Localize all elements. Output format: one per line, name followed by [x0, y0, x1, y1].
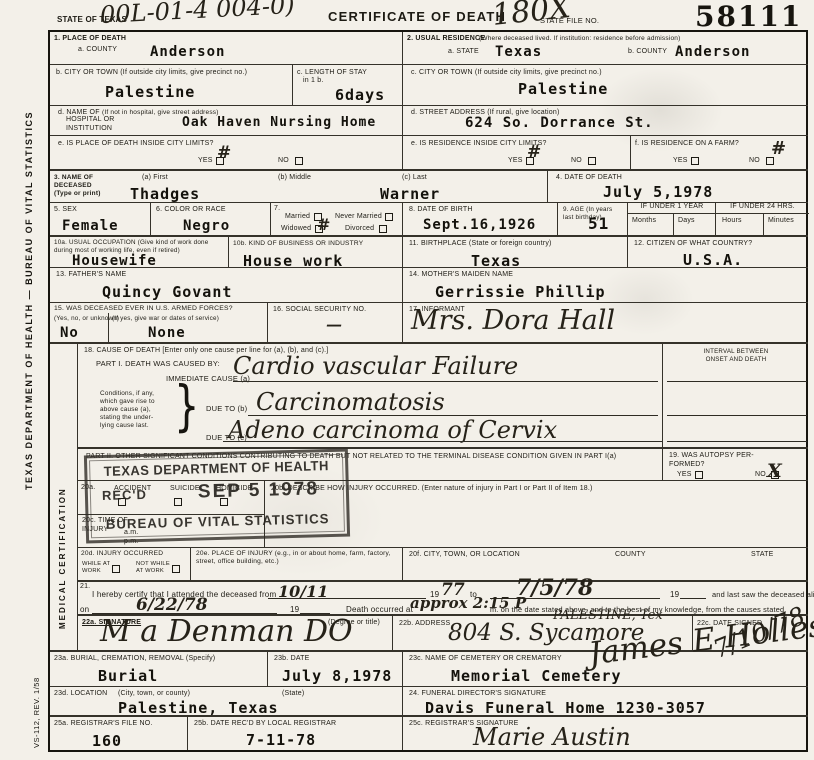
form-code-vertical-text: VS-112, REV. 1/58 — [32, 598, 43, 748]
checkbox-yes — [691, 157, 699, 165]
ssn-value: — — [326, 315, 342, 334]
received-stamp: TEXAS DEPARTMENT OF HEALTH REC'D SEP 5 1… — [84, 449, 350, 544]
business-label: 10b. KIND OF BUSINESS OR INDUSTRY — [233, 240, 363, 248]
certificate-title: CERTIFICATE OF DEATH — [328, 9, 506, 25]
place-county-value: Anderson — [150, 44, 225, 60]
burial-location-cell: 23d. LOCATION (City, town, or county) (S… — [50, 686, 402, 715]
sex-label: 5. SEX — [54, 206, 77, 215]
race-label: 6. COLOR OR RACE — [156, 206, 226, 215]
funeral-director-cell: 24. FUNERAL DIRECTOR'S SIGNATURE Davis F… — [402, 686, 808, 715]
date-of-death-label: 4. DATE OF DEATH — [556, 174, 622, 183]
first-name-label: (a) First — [142, 174, 168, 183]
business-cell: 10b. KIND OF BUSINESS OR INDUSTRY House … — [228, 235, 402, 267]
x-mark-no: X — [767, 460, 782, 482]
agency-vertical-text: TEXAS DEPARTMENT OF HEALTH — BUREAU OF V… — [24, 95, 38, 490]
age-cell: 9. AGE (In years last birthday) 51 — [557, 202, 627, 235]
divider — [108, 313, 109, 343]
street-address-cell: d. STREET ADDRESS (If rural, give locati… — [402, 105, 808, 135]
burial-date-label: 23b. DATE — [274, 655, 310, 664]
divider — [673, 214, 674, 236]
cemetery-label: 23c. NAME OF CEMETERY OR CREMATORY — [409, 655, 562, 664]
checkbox-divorced — [379, 225, 387, 233]
while-at-work-label: WHILE AT WORK — [82, 561, 110, 575]
injury-location-cell: 20f. CITY, TOWN, OR LOCATION COUNTY STAT… — [402, 547, 808, 580]
registrar-signature-cell: 25c. REGISTRAR'S SIGNATURE Marie Austin — [402, 715, 808, 750]
no-label: NO — [755, 471, 766, 480]
hash-mark-no: # — [771, 138, 786, 159]
informant-cell: 17. INFORMANT Mrs. Dora Hall — [402, 302, 808, 342]
residence-farm-label: f. IS RESIDENCE ON A FARM? — [635, 140, 739, 149]
rule — [680, 584, 706, 599]
mother-name-label: 14. MOTHER'S MAIDEN NAME — [409, 271, 513, 280]
middle-name-label: (b) Middle — [278, 174, 311, 183]
days-label: Days — [678, 217, 695, 226]
section-place-of-death: 1. PLACE OF DEATH a. COUNTY Anderson — [50, 32, 402, 64]
first-name-value: Thadges — [130, 185, 200, 203]
hospital-value: Oak Haven Nursing Home — [182, 115, 376, 130]
date-of-birth-value: Sept.16,1926 — [423, 217, 536, 233]
father-name-label: 13. FATHER'S NAME — [56, 271, 126, 280]
interval-rule-a — [667, 344, 807, 382]
place-city-label: b. CITY OR TOWN (If outside city limits,… — [56, 69, 247, 78]
ssn-cell: 16. SOCIAL SECURITY NO. — — [267, 302, 402, 342]
cause-of-death-cell: 18. CAUSE OF DEATH [Enter only one cause… — [78, 342, 662, 447]
injury-state-label: STATE — [751, 551, 774, 560]
father-name-cell: 13. FATHER'S NAME Quincy Govant — [50, 267, 402, 302]
never-married-label: Never Married — [335, 213, 382, 222]
location-sub2: (State) — [282, 690, 304, 699]
race-cell: 6. COLOR OR RACE Negro — [150, 202, 270, 235]
armed-forces-service-value: None — [148, 325, 186, 341]
no-label: NO — [278, 157, 289, 166]
checkbox-while-at-work — [112, 565, 120, 573]
physician-signature-cell: 22a. SIGNATURE (Degree or title) M a Den… — [78, 614, 392, 650]
armed-forces-value: No — [60, 325, 79, 341]
certify-text-2: and last saw the deceased alive — [712, 590, 814, 599]
race-value: Negro — [183, 218, 230, 234]
place-city-limits-label: e. IS PLACE OF DEATH INSIDE CITY LIMITS? — [58, 140, 214, 149]
place-city-cell: b. CITY OR TOWN (If outside city limits,… — [50, 64, 292, 105]
ssn-label: 16. SOCIAL SECURITY NO. — [273, 306, 366, 315]
length-of-stay-value: 6days — [335, 86, 385, 104]
funeral-director-label: 24. FUNERAL DIRECTOR'S SIGNATURE — [409, 690, 546, 699]
under-1-year-header: IF UNDER 1 YEAR — [628, 203, 716, 214]
under-24-hrs-header: IF UNDER 24 HRS. — [716, 203, 809, 214]
interval-rule-c — [667, 404, 807, 442]
autopsy-label: 19. WAS AUTOPSY PER- FORMED? — [669, 452, 754, 470]
place-county-label: a. COUNTY — [78, 46, 117, 55]
registrar-date-value: 7-11-78 — [246, 731, 316, 749]
handwritten-district-code: 00L-01-4 004-0) — [99, 0, 295, 29]
hash-mark-widowed: # — [317, 215, 330, 234]
place-of-injury-label: 20e. PLACE OF INJURY (e.g., in or about … — [196, 550, 391, 566]
residence-county-label: b. COUNTY — [628, 48, 667, 57]
last-name-label: (c) Last — [402, 174, 427, 183]
marital-number: 7. — [274, 205, 280, 214]
birthplace-cell: 11. BIRTHPLACE (State or foreign country… — [402, 235, 627, 267]
yes-label: YES — [677, 471, 692, 480]
section-usual-residence: 2. USUAL RESIDENCE (Where deceased lived… — [402, 32, 808, 64]
registrar-date-label: 25b. DATE REC'D BY LOCAL REGISTRAR — [194, 720, 336, 729]
mother-name-value: Gerrissie Phillip — [435, 283, 606, 301]
location-sub1: (City, town, or county) — [118, 690, 190, 699]
item-21-number: 21. — [80, 583, 90, 592]
no-label: NO — [571, 157, 582, 166]
residence-city-value: Palestine — [518, 80, 608, 98]
armed-forces-sub1: (Yes, no, or unknown) — [54, 315, 119, 323]
if-under-1-year-cell: IF UNDER 1 YEAR Months Days — [627, 202, 715, 235]
conditions-note: Conditions, if any, which gave rise to a… — [100, 390, 155, 430]
hash-mark-yes: # — [527, 142, 541, 162]
state-file-no-label: STATE FILE NO. — [540, 16, 599, 25]
physician-certification-cell: 21. I hereby certify that I attended the… — [78, 580, 808, 614]
autopsy-cell: 19. WAS AUTOPSY PER- FORMED? YES NO X — [662, 447, 808, 480]
residence-title-note: (Where deceased lived. If institution: r… — [479, 35, 680, 43]
rule-line-c — [223, 404, 663, 442]
checkbox-yes — [695, 471, 703, 479]
address-label: 22b. ADDRESS — [399, 620, 450, 629]
place-of-injury-cell: 20e. PLACE OF INJURY (e.g., in or about … — [190, 547, 402, 580]
checkbox-never-married — [385, 213, 393, 221]
street-address-value: 624 So. Dorrance St. — [465, 115, 654, 131]
residence-city-label: c. CITY OR TOWN (If outside city limits,… — [411, 69, 602, 78]
residence-city-limits-cell: e. IS RESIDENCE INSIDE CITY LIMITS? YES … — [402, 135, 630, 169]
armed-forces-sub2: (If yes, give war or dates of service) — [112, 315, 219, 323]
no-label: NO — [749, 157, 760, 166]
rule — [92, 599, 277, 614]
checkbox-not-while-at-work — [172, 565, 180, 573]
minutes-label: Minutes — [768, 217, 794, 226]
place-of-death-title: 1. PLACE OF DEATH — [54, 35, 126, 44]
injury-occurred-cell: 20d. INJURY OCCURRED WHILE AT WORK NOT W… — [78, 547, 190, 580]
age-value: 51 — [588, 214, 609, 233]
name-of-deceased-label: 3. NAME OF DECEASED (Type or print) — [54, 174, 101, 198]
checkbox-no — [588, 157, 596, 165]
medical-certification-sidebar: MEDICAL CERTIFICATION — [50, 342, 78, 650]
year-19: 19 — [670, 590, 679, 600]
divorced-label: Divorced — [345, 225, 374, 234]
occupation-cell: 10a. USUAL OCCUPATION (Give kind of work… — [50, 235, 228, 267]
informant-signature: Mrs. Dora Hall — [411, 305, 615, 336]
residence-state-value: Texas — [495, 44, 542, 60]
injury-county-label: COUNTY — [615, 551, 646, 560]
death-certificate-scan: STATE OF TEXAS 00L-01-4 004-0) CERTIFICA… — [0, 0, 814, 760]
date-of-birth-label: 8. DATE OF BIRTH — [409, 206, 473, 215]
part1-label: PART I. DEATH WAS CAUSED BY: — [96, 359, 220, 368]
widowed-label: Widowed — [281, 225, 311, 234]
father-name-value: Quincy Govant — [102, 283, 232, 301]
length-of-stay-cell: c. LENGTH OF STAY in 1 b. 6days — [292, 64, 402, 105]
armed-forces-label: 15. WAS DECEASED EVER IN U.S. ARMED FORC… — [54, 305, 233, 313]
injury-city-label: 20f. CITY, TOWN, OR LOCATION — [409, 551, 520, 560]
if-under-24-hrs-cell: IF UNDER 24 HRS. Hours Minutes — [715, 202, 808, 235]
date-of-death-value: July 5,1978 — [603, 183, 713, 201]
rule — [300, 599, 330, 614]
physician-signature: M a Denman DO — [100, 614, 353, 649]
months-label: Months — [632, 217, 656, 226]
marital-status-cell: 7. Married Never Married Widowed # Divor… — [270, 202, 402, 235]
length-of-stay-sub: in 1 b. — [303, 77, 323, 86]
registrar-signature: Marie Austin — [473, 723, 631, 751]
residence-city-cell: c. CITY OR TOWN (If outside city limits,… — [402, 64, 808, 105]
hospital-label-2: HOSPITAL OR INSTITUTION — [66, 116, 115, 134]
citizen-cell: 12. CITIZEN OF WHAT COUNTRY? U.S.A. — [627, 235, 808, 267]
burial-date-cell: 23b. DATE July 8,1978 — [267, 650, 402, 686]
date-of-death-cell: 4. DATE OF DEATH July 5,1978 — [547, 169, 808, 202]
place-city-limits-cell: e. IS PLACE OF DEATH INSIDE CITY LIMITS?… — [50, 135, 402, 169]
certificate-number: 58111 — [695, 0, 802, 33]
residence-state-label: a. STATE — [448, 48, 479, 57]
yes-label: YES — [508, 157, 523, 166]
mother-name-cell: 14. MOTHER'S MAIDEN NAME Gerrissie Phill… — [402, 267, 808, 302]
sex-value: Female — [62, 218, 119, 234]
residence-title: 2. USUAL RESIDENCE — [407, 35, 485, 44]
hospital-cell: d. NAME OF (If not in hospital, give str… — [50, 105, 402, 135]
registrar-file-label: 25a. REGISTRAR'S FILE NO. — [54, 720, 153, 729]
registrar-date-cell: 25b. DATE REC'D BY LOCAL REGISTRAR 7-11-… — [187, 715, 402, 750]
rule — [268, 584, 426, 599]
name-of-deceased-cell: 3. NAME OF DECEASED (Type or print) (a) … — [50, 169, 547, 202]
residence-county-value: Anderson — [675, 44, 750, 60]
checkbox-no — [295, 157, 303, 165]
stamp-recd-label: REC'D — [102, 487, 147, 503]
yes-label: YES — [673, 157, 688, 166]
divider — [763, 214, 764, 236]
burial-value: Burial — [98, 667, 158, 685]
location-label: 23d. LOCATION — [54, 690, 107, 699]
armed-forces-cell: 15. WAS DECEASED EVER IN U.S. ARMED FORC… — [50, 302, 267, 342]
hash-mark-yes: # — [217, 143, 231, 163]
registrar-file-value: 160 — [92, 732, 122, 750]
citizen-label: 12. CITIZEN OF WHAT COUNTRY? — [634, 240, 752, 249]
medical-certification-vertical-text: MEDICAL CERTIFICATION — [58, 439, 70, 629]
burial-date-value: July 8,1978 — [282, 667, 392, 685]
not-while-at-work-label: NOT WHILE AT WORK — [136, 561, 170, 575]
married-label: Married — [285, 213, 310, 222]
rule-line-a — [233, 344, 658, 382]
place-city-value: Palestine — [105, 83, 195, 101]
hours-label: Hours — [722, 217, 742, 226]
interval-column-cell: INTERVAL BETWEEN ONSET AND DEATH — [662, 342, 808, 447]
last-name-value: Warner — [380, 185, 440, 203]
injury-occurred-label: 20d. INJURY OCCURRED — [81, 550, 163, 558]
stamp-date: SEP 5 1978 — [198, 478, 320, 503]
burial-label: 23a. BURIAL, CREMATION, REMOVAL (Specify… — [54, 655, 215, 664]
birthplace-label: 11. BIRTHPLACE (State or foreign country… — [409, 240, 552, 249]
brace-glyph: } — [174, 376, 199, 438]
burial-cell: 23a. BURIAL, CREMATION, REMOVAL (Specify… — [50, 650, 267, 686]
sex-cell: 5. SEX Female — [50, 202, 150, 235]
residence-farm-cell: f. IS RESIDENCE ON A FARM? YES NO # — [630, 135, 808, 169]
date-of-birth-cell: 8. DATE OF BIRTH Sept.16,1926 — [402, 202, 557, 235]
yes-label: YES — [198, 157, 213, 166]
registrar-file-cell: 25a. REGISTRAR'S FILE NO. 160 — [50, 715, 187, 750]
